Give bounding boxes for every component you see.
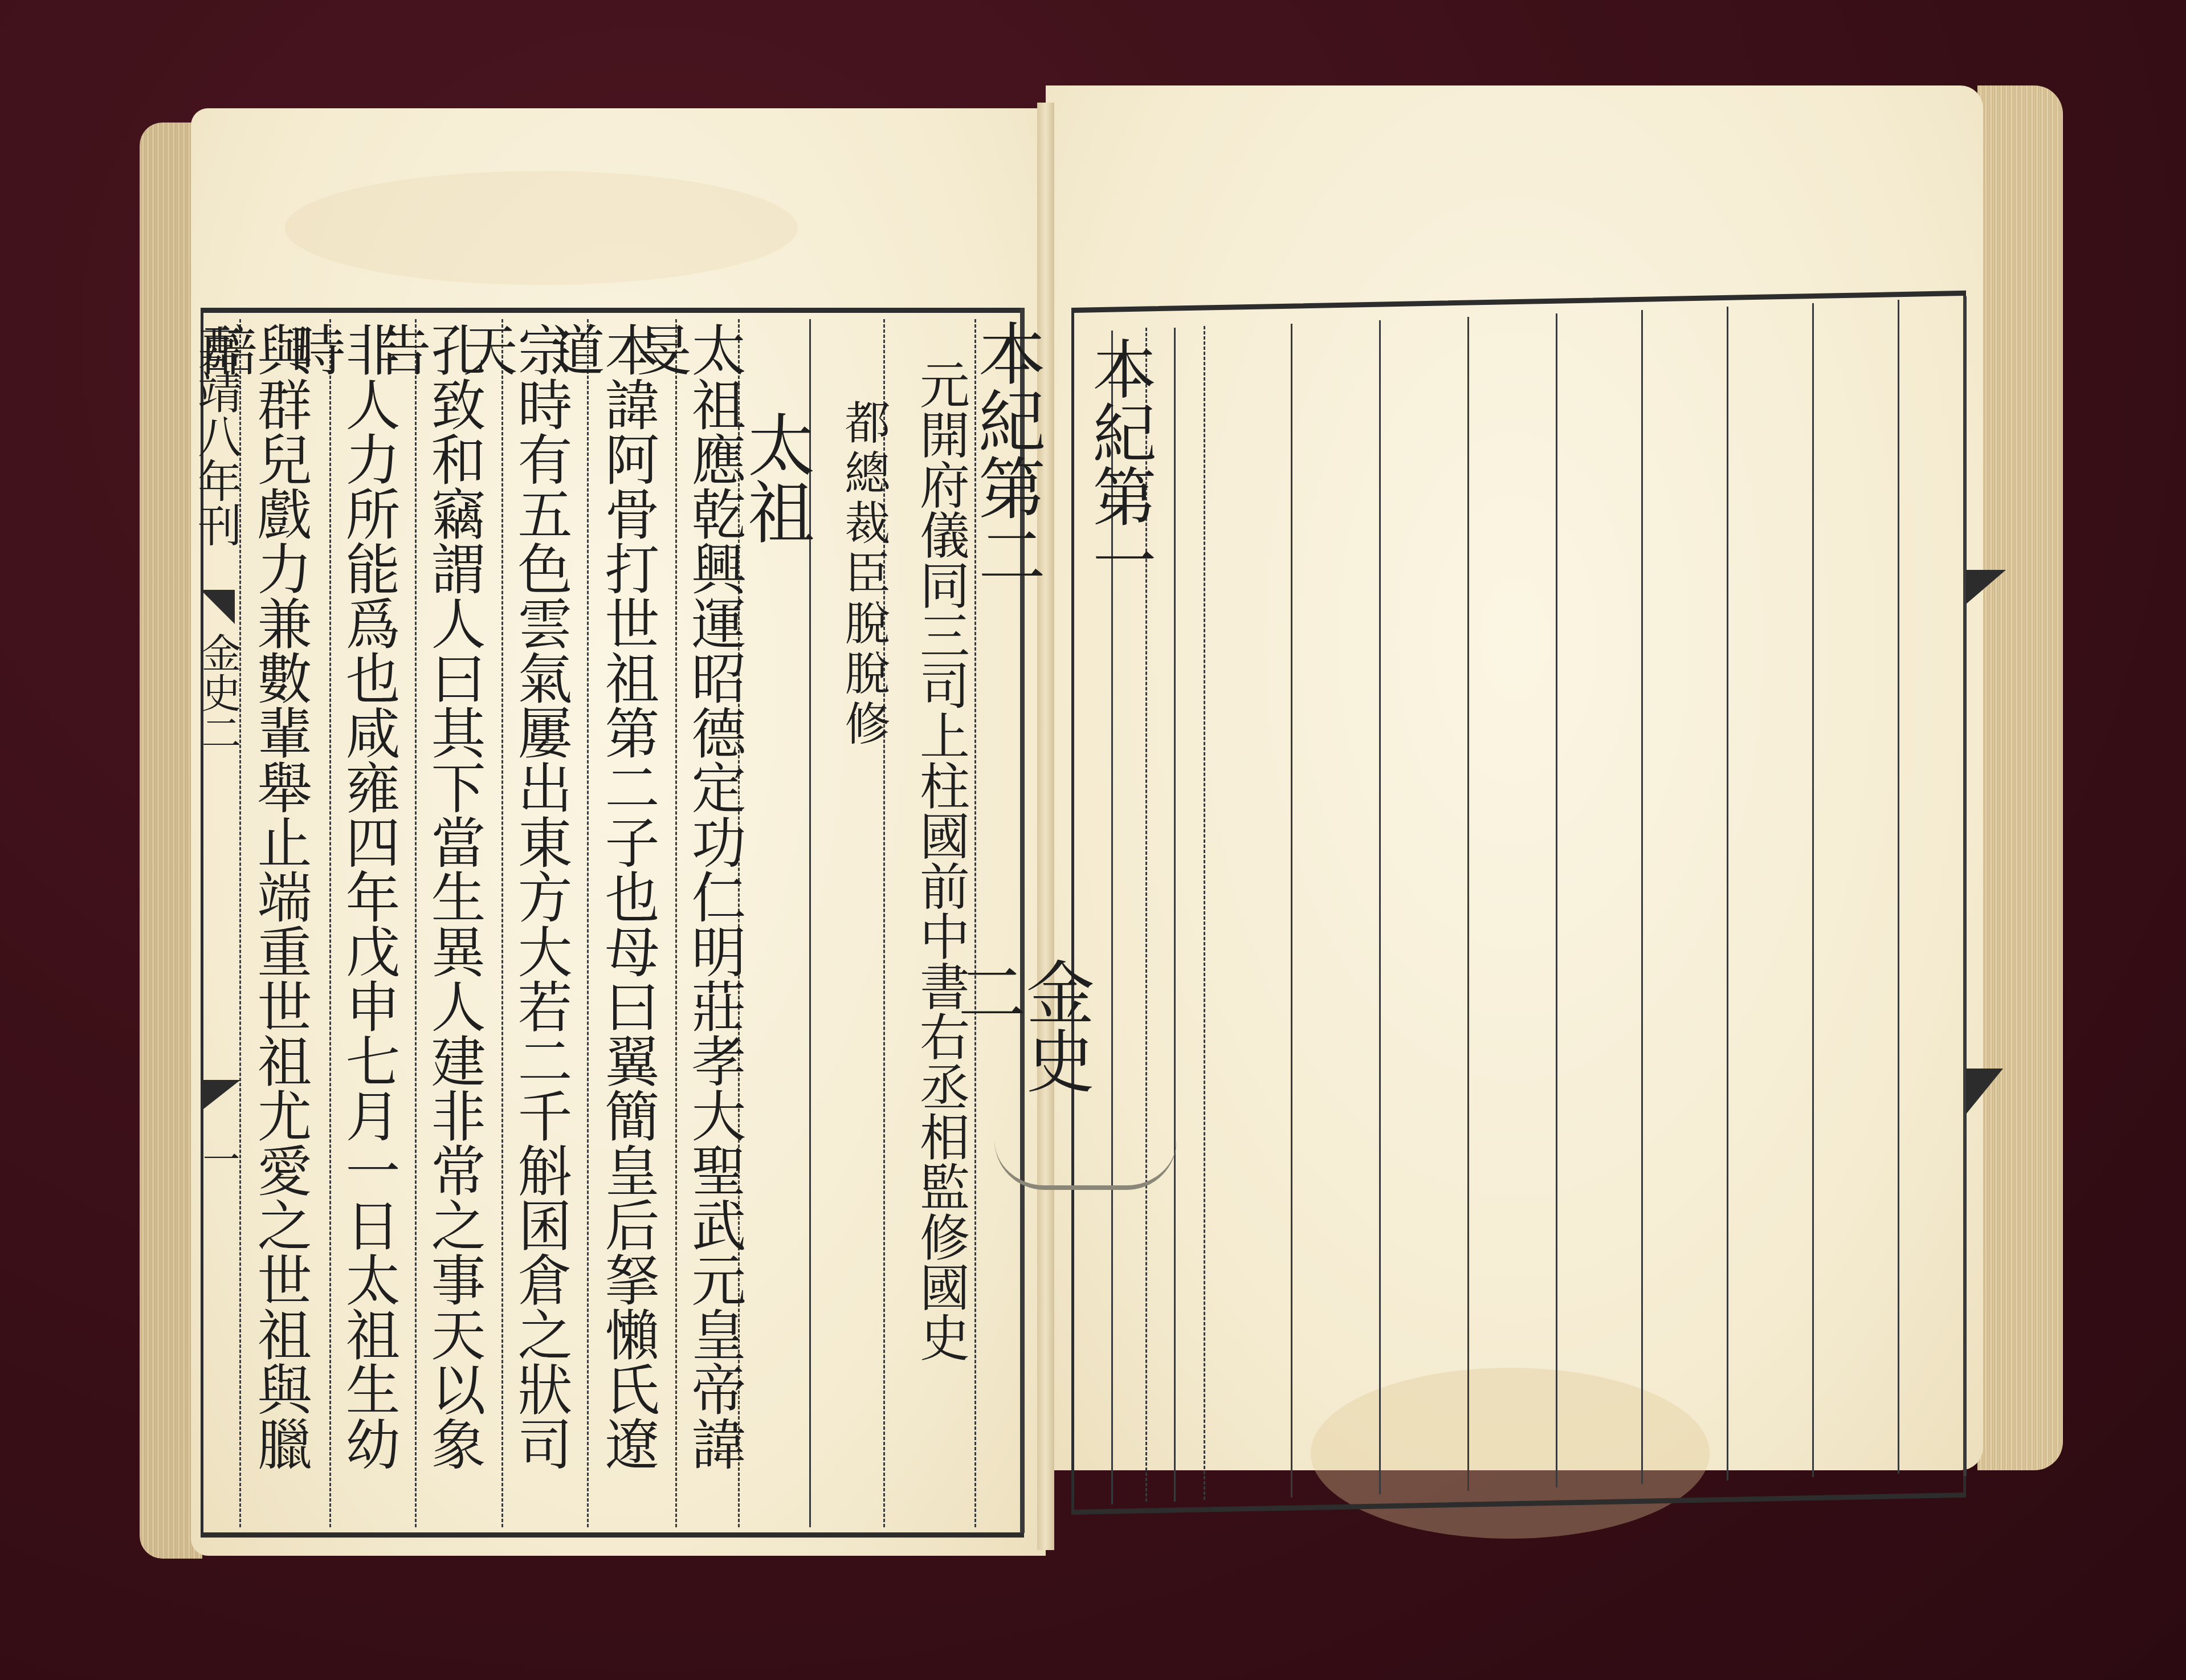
body-column: 太祖應乾興運昭德定功仁明莊孝大聖武元皇帝諱旻 — [678, 322, 742, 1524]
book-volume-label: 金史二 — [193, 633, 238, 804]
right-book-title: 金史二 — [1020, 957, 1088, 1151]
body-column: 與群兒戲力兼數輩舉止端重世祖尤愛之世祖與臘醅 — [244, 322, 308, 1524]
column-rule — [587, 319, 589, 1527]
column-rule — [675, 319, 677, 1527]
book-spread: 嘉靖八年刊 金史二 一 本紀第二 元開府儀同三司上柱國前中書右丞相監修國史 都總… — [0, 0, 2186, 1680]
binding-thread — [994, 1140, 1177, 1190]
column-rule — [329, 319, 331, 1527]
column-rule — [1641, 310, 1643, 1484]
column-rule — [1204, 326, 1205, 1500]
body-column: 非人力所能爲也咸雍四年戊申七月一日太祖生幼時 — [332, 322, 396, 1524]
chapter-title: 本紀第二 — [972, 319, 1040, 604]
body-column: 孔致和竊謂人曰其下當生異人建非常之事天以象告 — [418, 322, 482, 1524]
column-rule — [1898, 300, 1899, 1474]
column-rule — [1963, 296, 1967, 1476]
author-line-1: 元開府儀同三司上柱國前中書右丞相監修國史 — [898, 359, 966, 1527]
author-line-2: 都總裁臣脫脫修 — [823, 399, 886, 912]
right-chapter-title: 本紀第一 — [1083, 336, 1151, 621]
paper-stain — [285, 171, 798, 285]
column-rule — [1379, 320, 1381, 1494]
right-text-frame — [1071, 291, 1966, 1515]
body-column: 本諱阿骨打世祖第二子也母曰翼簡皇后拏懶氏遼道 — [592, 322, 655, 1524]
column-rule — [501, 319, 503, 1527]
body-column: 宗時有五色雲氣屢出東方大若二千斛囷倉之狀司天 — [504, 322, 568, 1524]
column-rule — [1467, 317, 1469, 1491]
leaf-number: 一 — [197, 1140, 236, 1208]
right-fore-edge — [1977, 85, 2063, 1470]
column-rule — [415, 319, 417, 1527]
section-heading: 太祖 — [741, 410, 809, 638]
column-rule — [1727, 307, 1728, 1481]
column-rule — [1556, 313, 1557, 1487]
column-rule — [1174, 328, 1176, 1502]
column-rule — [1291, 324, 1292, 1498]
column-rule — [1812, 303, 1814, 1477]
